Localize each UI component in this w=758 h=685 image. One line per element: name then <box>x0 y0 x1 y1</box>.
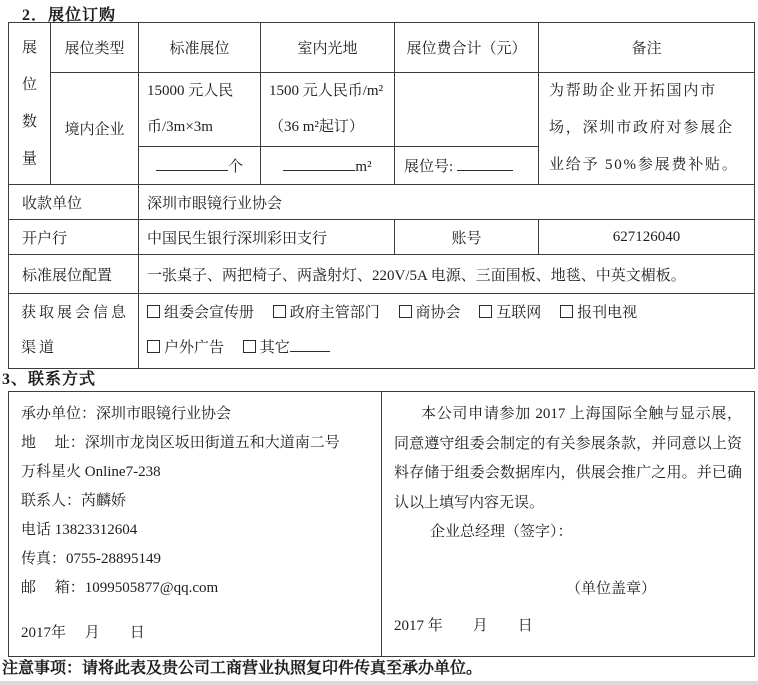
cell-total-fee-blank[interactable] <box>395 73 539 147</box>
cell-quantity-fill: 个 <box>139 146 261 184</box>
account-value: 627126040 <box>539 220 755 255</box>
booth-no-blank-field[interactable] <box>457 155 513 171</box>
table-row: 展位数量 展位类型 标准展位 室内光地 展位费合计（元） 备注 <box>9 23 755 73</box>
account-label: 账号 <box>395 220 539 255</box>
table-row: 收款单位 深圳市眼镜行业协会 <box>9 185 755 220</box>
signature-label[interactable]: 企业总经理（签字）： <box>394 518 742 547</box>
page-bottom-edge <box>0 681 758 685</box>
channel-option[interactable]: 组委会宣传册 <box>147 305 254 321</box>
channel-option[interactable]: 商协会 <box>399 305 461 321</box>
channel-options-cell: 组委会宣传册 政府主管部门 商协会 互联网 报刊电视 户外广告 其它 <box>139 294 755 369</box>
bank-label: 开户行 <box>9 220 139 255</box>
config-value: 一张桌子、两把椅子、两盏射灯、220V/5A 电源、三面围板、地毯、中英文楣板。 <box>139 255 755 294</box>
table-row: 获取展会信息渠道 组委会宣传册 政府主管部门 商协会 互联网 报刊电视 户外广告… <box>9 294 755 369</box>
area-unit-label: m² <box>355 159 371 175</box>
date-field-right[interactable]: 2017 年 月 日 <box>394 612 742 641</box>
booth-no-label: 展位号: <box>404 159 453 175</box>
payee-label: 收款单位 <box>9 185 139 220</box>
channel-option[interactable]: 政府主管部门 <box>273 305 380 321</box>
channel-options-line1: 组委会宣传册 政府主管部门 商协会 互联网 报刊电视 <box>147 296 746 331</box>
cell-indoor-price: 1500 元人民币/m²（36 m²起订） <box>261 73 395 147</box>
contact-person-line: 联系人：芮麟娇 <box>21 487 369 516</box>
seal-label: （单位盖章） <box>394 575 742 604</box>
channel-option[interactable]: 互联网 <box>479 305 541 321</box>
date-field-left[interactable]: 2017年 月 日 <box>21 619 369 648</box>
checkbox-icon[interactable] <box>479 305 492 318</box>
booth-order-table: 展位数量 展位类型 标准展位 室内光地 展位费合计（元） 备注 境内企业 150… <box>8 22 755 369</box>
quantity-blank-field[interactable] <box>156 155 228 171</box>
cell-enterprise-type: 境内企业 <box>51 73 139 185</box>
checkbox-icon[interactable] <box>243 340 256 353</box>
cell-booth-number: 展位号: <box>395 146 539 184</box>
payee-value: 深圳市眼镜行业协会 <box>139 185 755 220</box>
contact-table: 承办单位：深圳市眼镜行业协会 地 址：深圳市龙岗区坂田街道五和大道南二号 万科星… <box>8 391 755 657</box>
channel-option[interactable]: 其它 <box>243 340 330 356</box>
quantity-unit-label: 个 <box>228 159 243 175</box>
section-title-contact: 3、联系方式 <box>2 366 96 389</box>
table-row: 标准展位配置 一张桌子、两把椅子、两盏射灯、220V/5A 电源、三面围板、地毯… <box>9 255 755 294</box>
col-header-remarks: 备注 <box>539 23 755 73</box>
contact-info-cell: 承办单位：深圳市眼镜行业协会 地 址：深圳市龙岗区坂田街道五和大道南二号 万科星… <box>9 392 382 657</box>
checkbox-icon[interactable] <box>273 305 286 318</box>
table-row: 境内企业 15000 元人民币/3m×3m 1500 元人民币/m²（36 m²… <box>9 73 755 147</box>
booth-quantity-vertical-label: 展位数量 <box>9 23 51 185</box>
cell-area-fill: m² <box>261 146 395 184</box>
col-header-total-fee: 展位费合计（元） <box>395 23 539 73</box>
address-line2: 万科星火 Online7-238 <box>21 458 369 487</box>
col-header-booth-type: 展位类型 <box>51 23 139 73</box>
table-row: 开户行 中国民生银行深圳彩田支行 账号 627126040 <box>9 220 755 255</box>
declaration-text: 本公司申请参加 2017 上海国际全触与显示展，同意遵守组委会制定的有关参展条款… <box>394 400 742 518</box>
config-label: 标准展位配置 <box>9 255 139 294</box>
other-channel-blank-field[interactable] <box>290 336 330 352</box>
col-header-standard-booth: 标准展位 <box>139 23 261 73</box>
checkbox-icon[interactable] <box>560 305 573 318</box>
declaration-cell: 本公司申请参加 2017 上海国际全触与显示展，同意遵守组委会制定的有关参展条款… <box>382 392 755 657</box>
checkbox-icon[interactable] <box>147 305 160 318</box>
col-header-indoor-space: 室内光地 <box>261 23 395 73</box>
address-line1: 地 址：深圳市龙岗区坂田街道五和大道南二号 <box>21 429 369 458</box>
channel-label: 获取展会信息渠道 <box>9 294 139 369</box>
table-row: 承办单位：深圳市眼镜行业协会 地 址：深圳市龙岗区坂田街道五和大道南二号 万科星… <box>9 392 755 657</box>
channel-options-line2: 户外广告 其它 <box>147 331 746 366</box>
channel-option[interactable]: 户外广告 <box>147 340 224 356</box>
checkbox-icon[interactable] <box>399 305 412 318</box>
organizer-line: 承办单位：深圳市眼镜行业协会 <box>21 400 369 429</box>
area-blank-field[interactable] <box>283 155 355 171</box>
channel-option[interactable]: 报刊电视 <box>560 305 637 321</box>
cell-standard-price: 15000 元人民币/3m×3m <box>139 73 261 147</box>
checkbox-icon[interactable] <box>147 340 160 353</box>
bank-value: 中国民生银行深圳彩田支行 <box>139 220 395 255</box>
notice-text: 注意事项：请将此表及贵公司工商营业执照复印件传真至承办单位。 <box>2 655 482 678</box>
phone-line: 电话 13823312604 <box>21 516 369 545</box>
fax-line: 传真：0755-28895149 <box>21 545 369 574</box>
email-line: 邮 箱：1099505877@qq.com <box>21 574 369 603</box>
cell-remark: 为帮助企业开拓国内市场，深圳市政府对参展企业给予 50%参展费补贴。 <box>539 73 755 185</box>
